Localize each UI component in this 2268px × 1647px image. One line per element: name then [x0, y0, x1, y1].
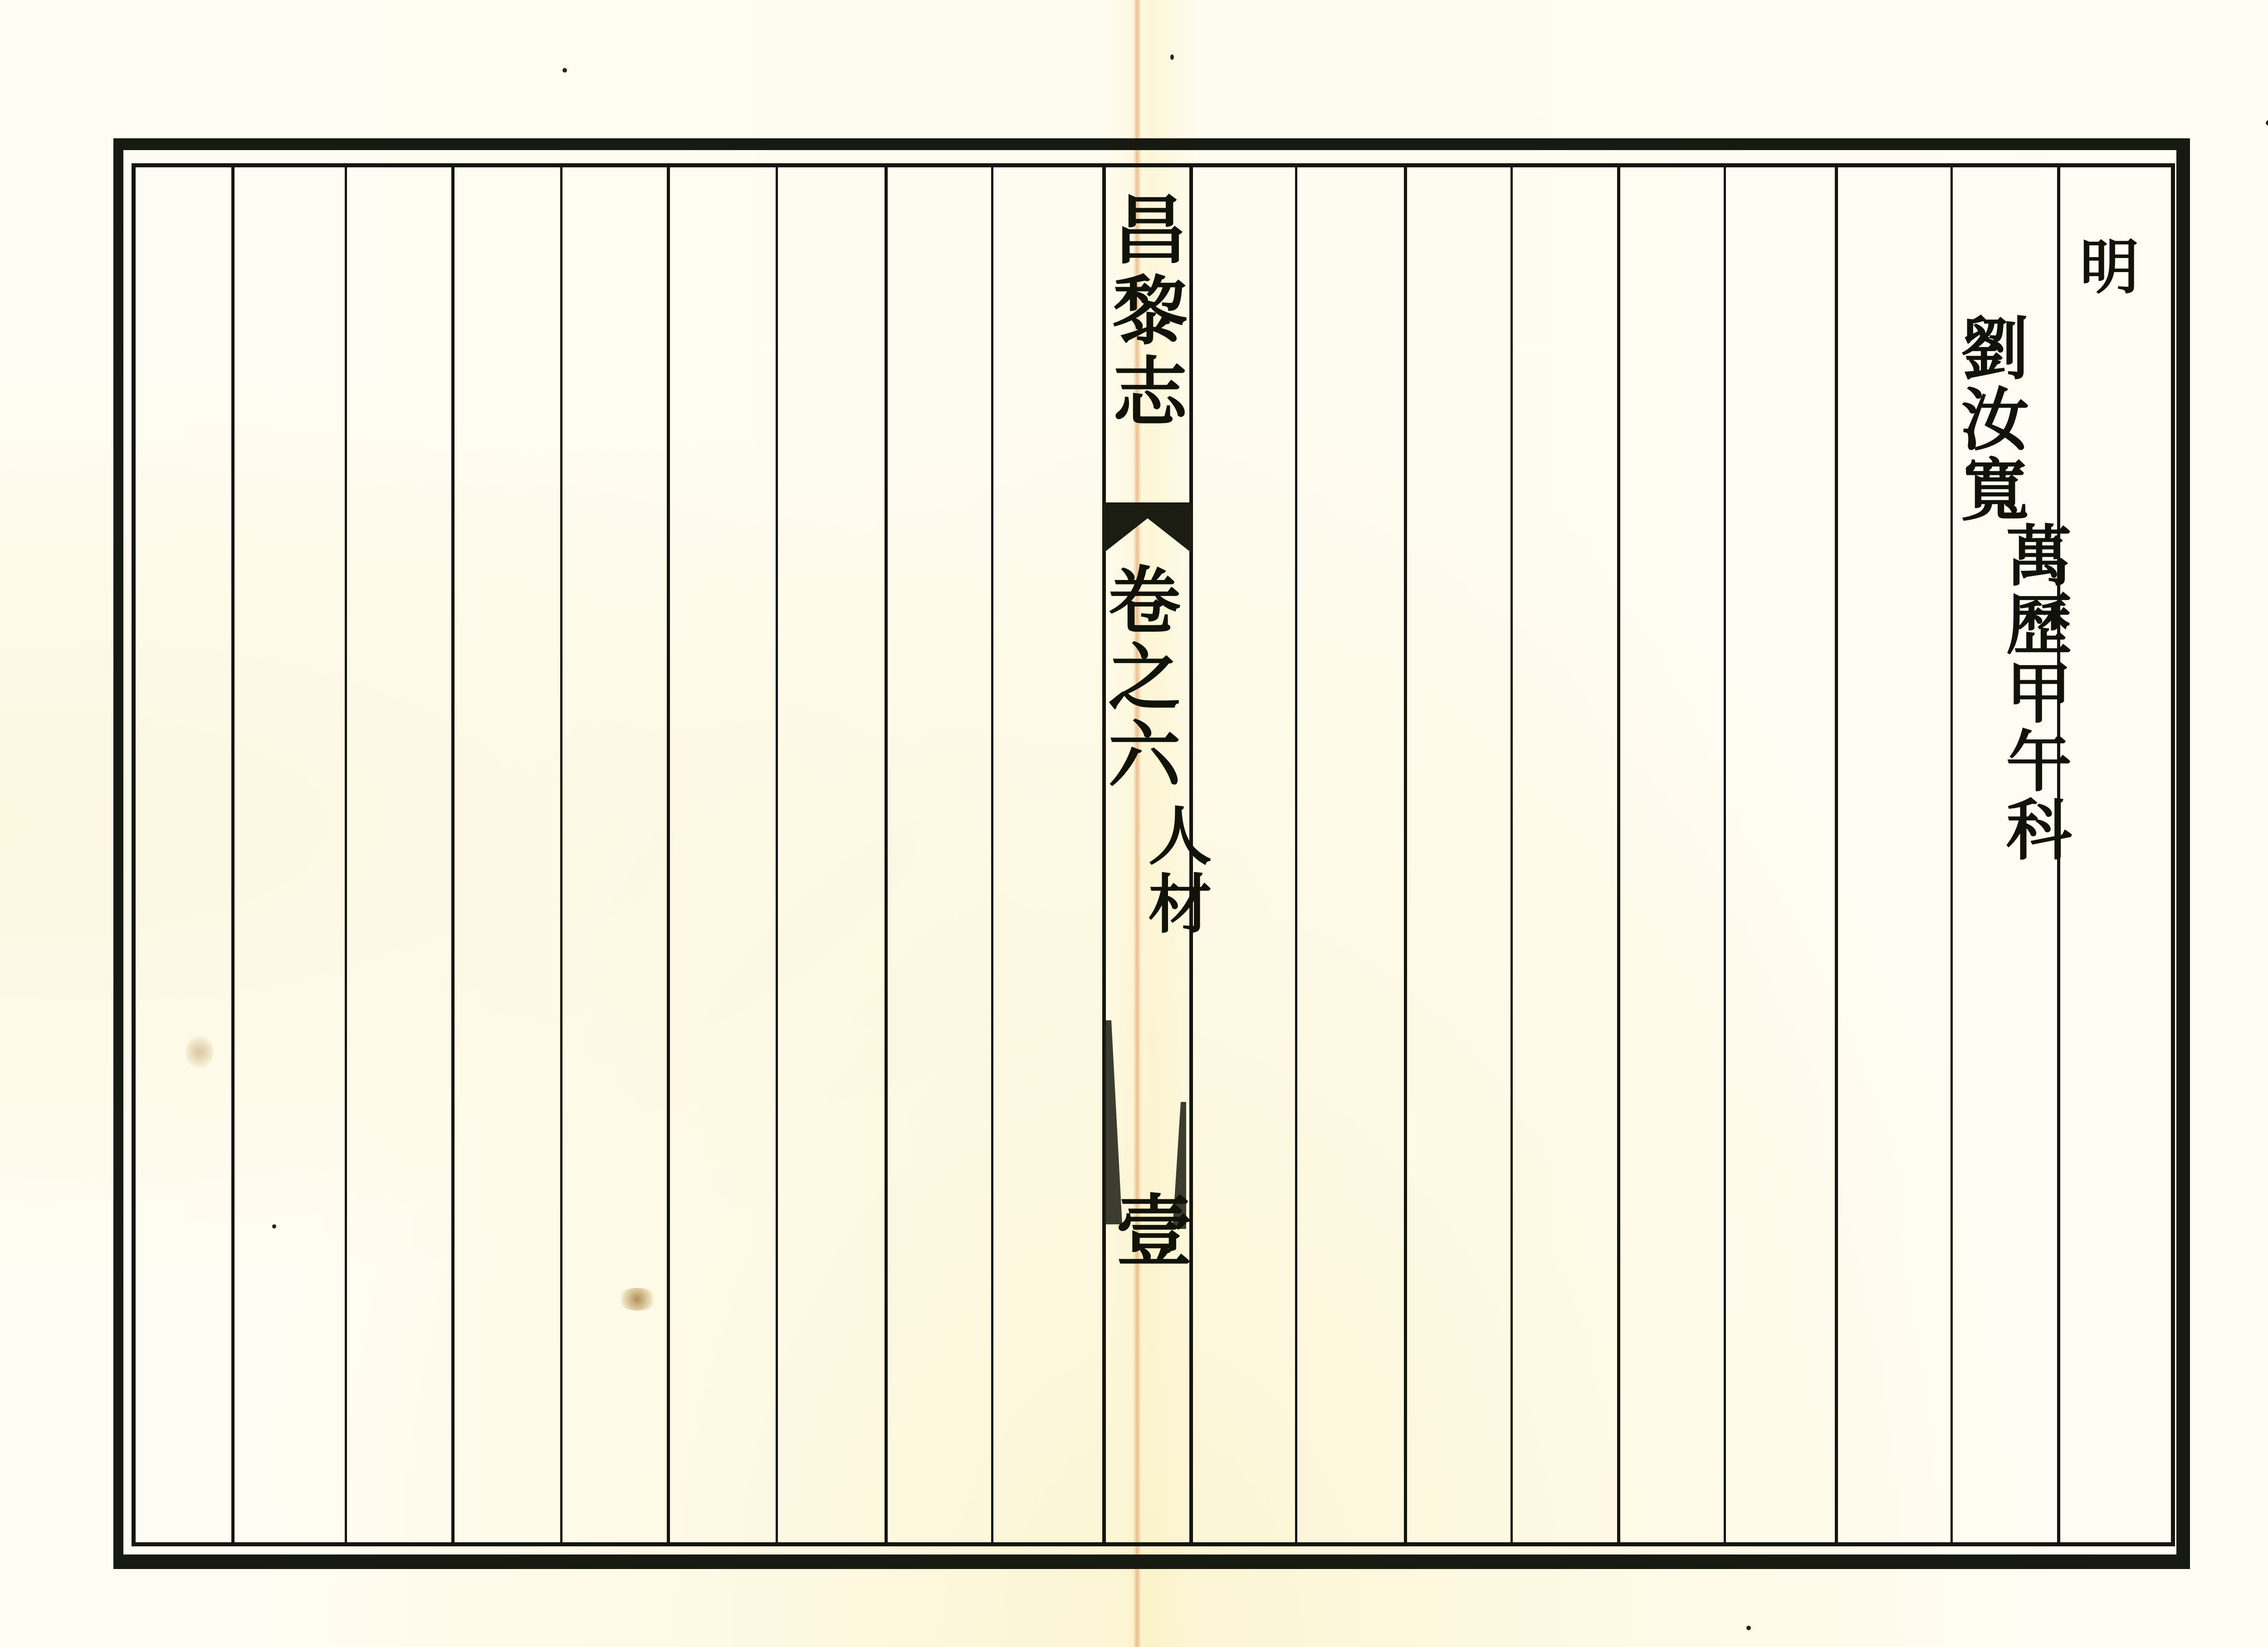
column-rule: [667, 166, 670, 1544]
column-rule: [1835, 166, 1838, 1544]
folio-number: 壹: [1109, 1190, 1186, 1269]
ink-speck: [1170, 54, 1174, 60]
ink-speck: [1746, 1626, 1751, 1630]
column-rule: [345, 166, 347, 1544]
column-rule: [885, 166, 888, 1544]
dynasty-heading: 明: [2075, 236, 2134, 297]
foxing-stain: [186, 1034, 213, 1070]
column-rule: [560, 166, 562, 1544]
ink-speck: [562, 68, 567, 73]
column-rule: [776, 166, 778, 1544]
column-rule: [1295, 166, 1297, 1544]
column-rule: [1510, 166, 1513, 1544]
column-rule: [451, 166, 455, 1544]
volume-label: 卷之六: [1102, 562, 1175, 794]
book-title: 昌黎志: [1107, 190, 1182, 434]
column-rule: [991, 166, 993, 1544]
column-rule: [1404, 166, 1407, 1544]
ink-speck: [272, 1224, 276, 1228]
column-rule: [1724, 166, 1726, 1544]
column-rule: [231, 166, 235, 1544]
entry-name: 劉汝寬: [1955, 313, 2023, 525]
entry-note: 萬歷甲午科: [2000, 521, 2066, 864]
foxing-stain: [617, 1288, 658, 1311]
section-label: 人材: [1143, 803, 1207, 939]
column-rule: [1617, 166, 1620, 1544]
